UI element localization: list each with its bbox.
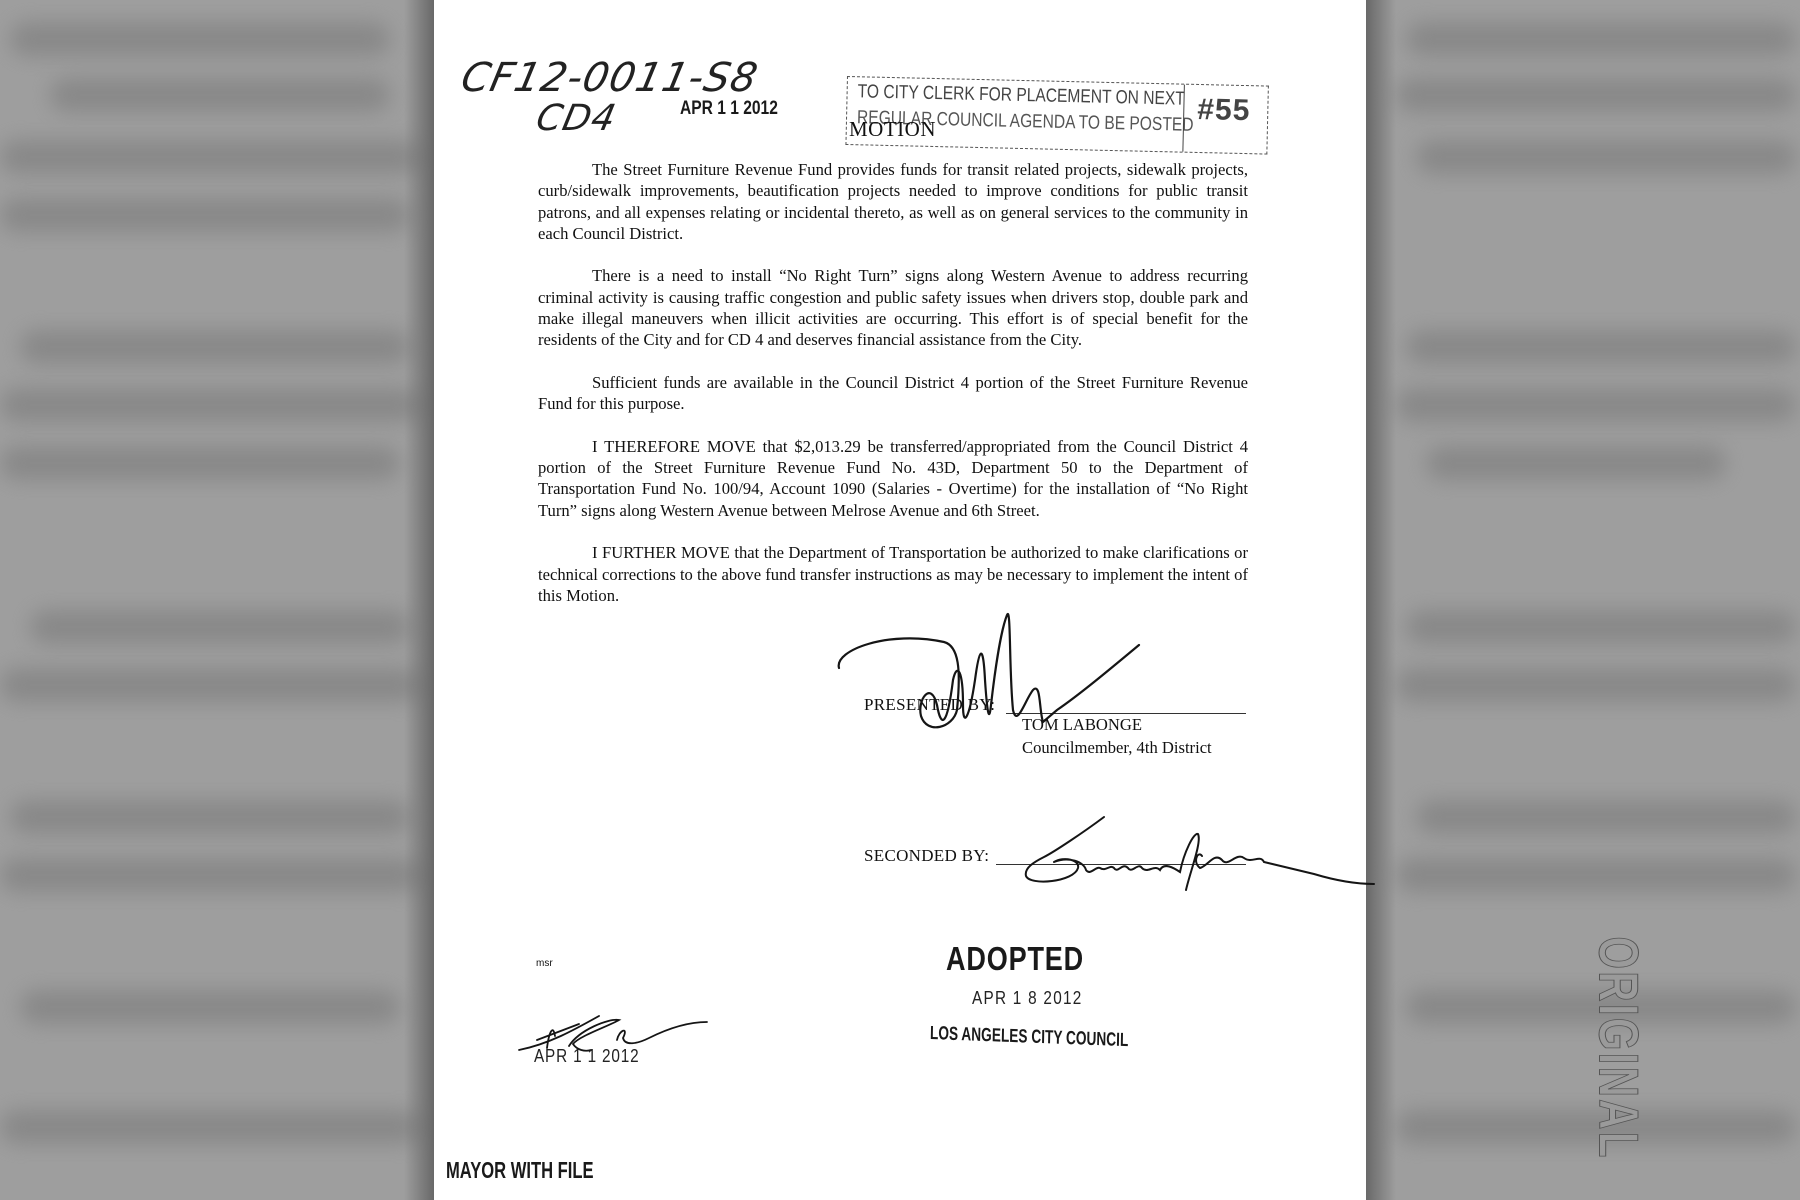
seconded-by-label: SECONDED BY: xyxy=(864,846,989,866)
paragraph-therefore-move: I THEREFORE MOVE that $2,013.29 be trans… xyxy=(538,436,1248,521)
placement-stamp-line1: TO CITY CLERK FOR PLACEMENT ON NEXT xyxy=(857,81,1185,110)
presenter-name: TOM LABONGE xyxy=(1022,715,1142,735)
adopted-stamp: ADOPTED xyxy=(946,940,1084,978)
handwritten-file-number: CF12-0011-S8 xyxy=(458,58,762,98)
paragraph-funds-available: Sufficient funds are available in the Co… xyxy=(538,372,1248,415)
blurred-background-left xyxy=(0,0,434,1200)
header-date-stamp: APR 1 1 2012 xyxy=(680,98,778,120)
typist-initials: msr xyxy=(536,958,553,969)
received-date-stamp: APR 1 1 2012 xyxy=(534,1046,639,1067)
motion-document-page: CF12-0011-S8 CD4 APR 1 1 2012 TO CITY CL… xyxy=(434,0,1366,1200)
routing-stamp: MAYOR WITH FILE xyxy=(446,1157,594,1184)
blurred-background-right xyxy=(1366,0,1800,1200)
paragraph-fund-purpose: The Street Furniture Revenue Fund provid… xyxy=(538,159,1248,244)
agenda-item-number: #55 xyxy=(1197,93,1251,128)
adopted-date: APR 1 8 2012 xyxy=(972,988,1083,1009)
placement-stamp: TO CITY CLERK FOR PLACEMENT ON NEXT REGU… xyxy=(845,76,1268,155)
motion-body: The Street Furniture Revenue Fund provid… xyxy=(538,159,1248,628)
document-title: MOTION xyxy=(849,117,936,142)
paragraph-need: There is a need to install “No Right Tur… xyxy=(538,265,1248,350)
handwritten-district-code: CD4 xyxy=(533,98,620,139)
adopting-body: LOS ANGELES CITY COUNCIL xyxy=(930,1023,1129,1052)
presenter-title: Councilmember, 4th District xyxy=(1022,738,1212,758)
seconder-signature xyxy=(1014,812,1394,892)
paragraph-further-move: I FURTHER MOVE that the Department of Tr… xyxy=(538,542,1248,606)
original-stamp: ORIGINAL xyxy=(1587,936,1652,1159)
